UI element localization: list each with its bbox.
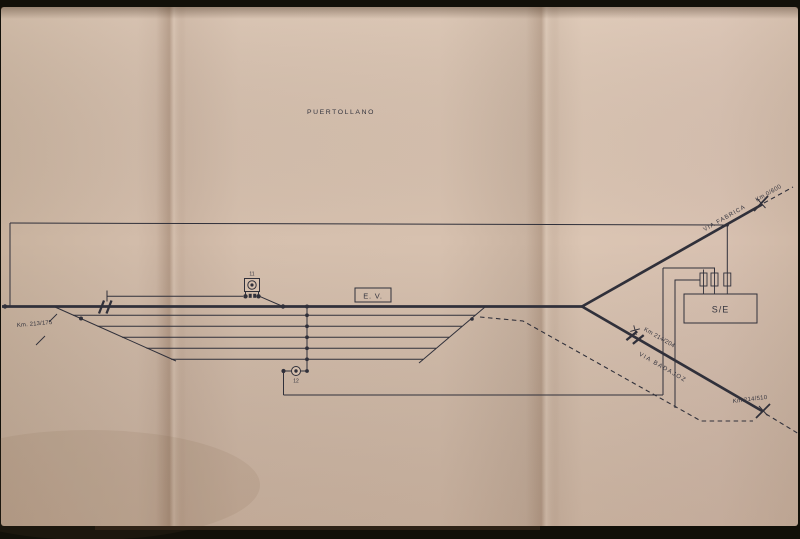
ladder-right-dot — [470, 317, 474, 321]
fabrica-feeder-junction-dot — [726, 223, 729, 226]
substation-label: S/E — [712, 305, 730, 315]
riser-bottom-dot — [305, 369, 309, 373]
switch12-number: 12 — [293, 379, 299, 385]
riser-siding5-dot — [305, 357, 309, 361]
switch11-center-dot — [250, 283, 253, 286]
switch11-number: 11 — [249, 272, 254, 278]
riser-siding2-dot — [305, 324, 309, 328]
switch12-center-dot — [294, 369, 297, 372]
switch11-gap-mark-b — [253, 294, 256, 298]
ladder-left-dot — [79, 317, 83, 321]
feeder-corner-dot — [281, 369, 285, 373]
riser-siding3-dot — [305, 335, 309, 339]
railway-diagram-svg: PUERTOLLANO Km. 213/175 11 12 E. V. S/E … — [0, 0, 800, 539]
riser-siding1-dot — [305, 313, 309, 317]
station-title: PUERTOLLANO — [307, 109, 375, 116]
switch11-gap-mark-a — [249, 294, 252, 298]
main-line-end-dot — [3, 304, 7, 308]
paper-bottom-edge — [95, 526, 540, 530]
paper-top-shadow — [1, 7, 798, 19]
paper-fold-center — [526, 7, 560, 526]
ev-box-label: E. V. — [363, 292, 383, 301]
switch11-terminal-left-dot — [243, 294, 247, 298]
scanned-track-diagram-photo: PUERTOLLANO Km. 213/175 11 12 E. V. S/E … — [0, 0, 800, 539]
switch11-terminal-right-dot — [256, 294, 260, 298]
wire-drop-main-dot — [281, 304, 285, 308]
riser-siding4-dot — [305, 346, 309, 350]
riser-main-dot — [305, 305, 309, 309]
